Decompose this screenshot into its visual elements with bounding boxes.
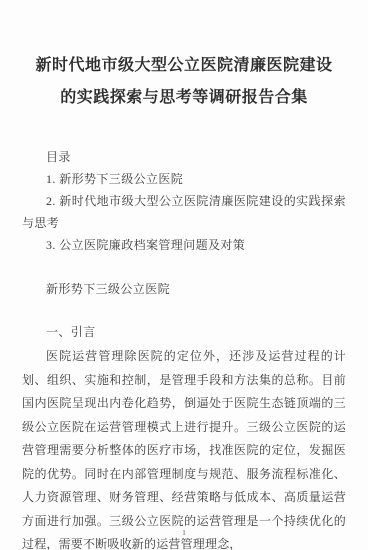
toc-item-2: 2. 新时代地市级大型公立医院清廉医院建设的实践探索与思考 (22, 190, 346, 234)
section-heading: 新形势下三级公立医院 (22, 278, 346, 300)
toc-heading: 目录 (22, 146, 346, 168)
table-of-contents: 目录 1. 新形势下三级公立医院 2. 新时代地市级大型公立医院清廉医院建设的实… (22, 146, 346, 256)
document-page: 新时代地市级大型公立医院清廉医院建设 的实践探索与思考等调研报告合集 目录 1.… (0, 0, 368, 550)
page-number: 1 (0, 529, 368, 537)
title-line-2: 的实践探索与思考等调研报告合集 (22, 82, 346, 114)
body-paragraph: 医院运营管理除医院的定位外，还涉及运营过程的计划、组织、实施和控制，是管理手段和… (22, 345, 346, 550)
toc-item-3: 3. 公立医院廉政档案管理问题及对策 (22, 234, 346, 256)
title-line-1: 新时代地市级大型公立医院清廉医院建设 (22, 50, 346, 82)
document-title: 新时代地市级大型公立医院清廉医院建设 的实践探索与思考等调研报告合集 (22, 50, 346, 114)
subsection-heading: 一、引言 (22, 321, 346, 343)
toc-item-1: 1. 新形势下三级公立医院 (22, 168, 346, 190)
